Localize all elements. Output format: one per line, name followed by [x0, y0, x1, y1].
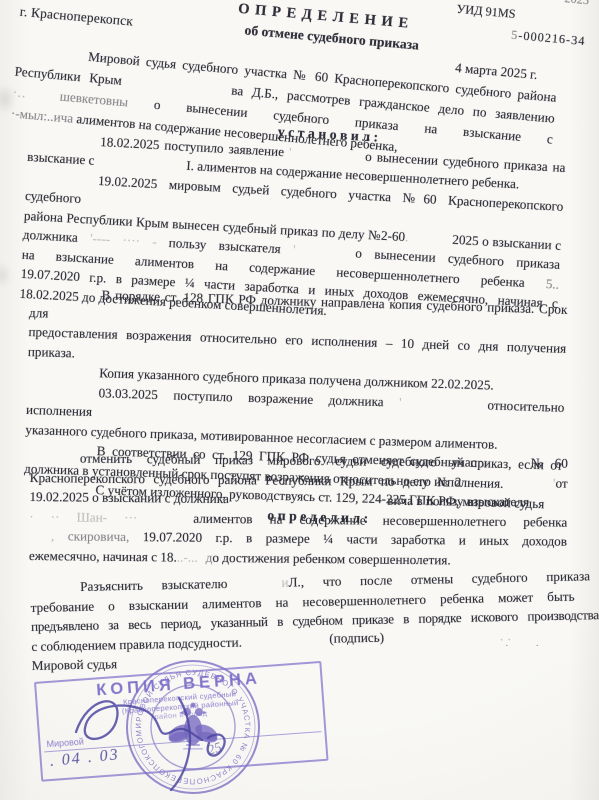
faded-fragment: 2025: [564, 0, 590, 7]
scan-smudge: [0, 84, 16, 114]
redaction-gap: [295, 254, 355, 257]
faded-fragment: 5..: [545, 276, 559, 292]
scanned-court-document: 2025УИД 91MSО П Р Е Д Е Л Е Н И Е5-00021…: [0, 0, 599, 800]
judge-signature: [58, 686, 308, 798]
faded-fragment: ..-...: [177, 549, 198, 564]
faded-fragment: ': [232, 491, 235, 506]
redaction-gap: [28, 141, 100, 145]
redaction-gap: [228, 587, 282, 588]
faded-fragment: и: [281, 575, 288, 590]
faded-fragment: ': [553, 475, 556, 490]
scan-specks: · ·: [505, 640, 551, 652]
redaction-gap: [473, 486, 553, 487]
faded-fragment: · ·· Шан- ···: [29, 508, 137, 524]
redaction-gap: [30, 297, 102, 299]
faded-fragment: ': [289, 144, 292, 159]
redaction-gap: [26, 394, 98, 396]
faded-fragment: та.: [476, 455, 491, 470]
redaction-gap: [157, 246, 169, 247]
faded-fragment: скировича,: [68, 528, 130, 544]
faded-fragment: '---- ···· -: [90, 231, 157, 250]
faded-fragment: ': [293, 242, 296, 257]
redaction-gap: [26, 97, 60, 100]
faded-fragment: ': [399, 394, 402, 409]
redaction-gap: [27, 375, 99, 377]
redaction-gap: [26, 180, 98, 184]
redaction-gap: [401, 406, 487, 409]
text-band-E: Разъяснить взыскателюиЛ., что после отме…: [30, 566, 599, 675]
faded-fragment: 5: [511, 28, 519, 43]
redaction-gap: [16, 54, 88, 60]
redaction-gap: [30, 462, 80, 463]
faded-fragment: ··: [364, 493, 373, 508]
faded-fragment: шевкетовны: [59, 88, 129, 109]
faded-fragment: ,: [51, 528, 68, 543]
text-band-D: отменить судебный приказ мирового судьи …: [29, 448, 568, 571]
faded-fragment: д: [206, 549, 213, 564]
text-line: (подпись): [329, 628, 384, 649]
redaction-gap: [408, 241, 452, 243]
redaction-gap: [291, 156, 365, 160]
faded-fragment: .: [461, 474, 473, 489]
redaction-gap: [137, 522, 193, 523]
scan-smudge: [0, 262, 12, 288]
redaction-gap: [30, 591, 80, 592]
redaction-gap: [234, 503, 364, 504]
faded-fragment: .: [405, 229, 409, 244]
redaction-gap: [94, 165, 186, 170]
